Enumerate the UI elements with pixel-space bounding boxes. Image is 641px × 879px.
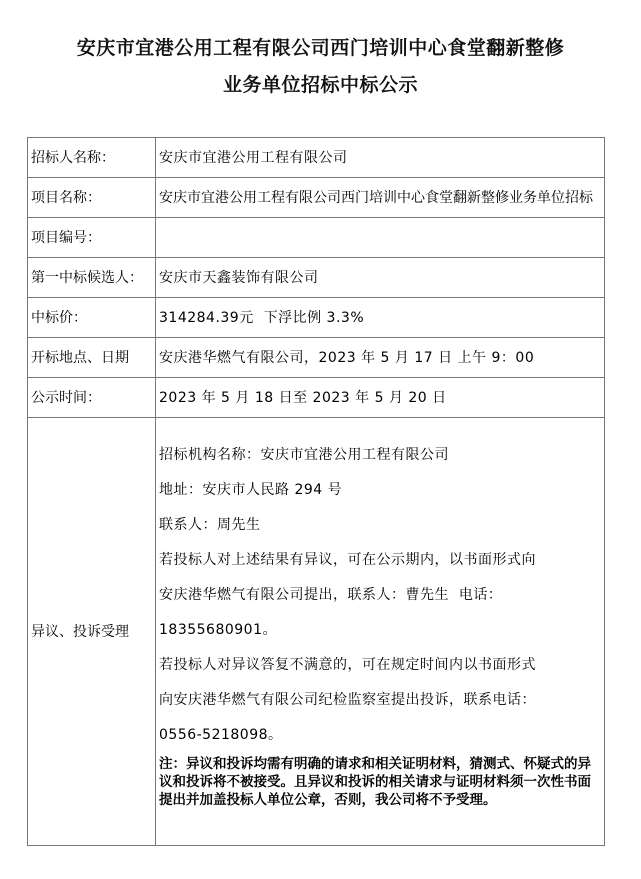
- row-value: 2023 年 5 月 18 日至 2023 年 5 月 20 日: [156, 378, 605, 418]
- row-label: 招标人名称：: [28, 138, 156, 178]
- table-row: 第一中标候选人： 安庆市天鑫装饰有限公司: [28, 258, 605, 298]
- row-value: 314284.39元 下浮比例 3.3%: [156, 298, 605, 338]
- row-label: 开标地点、日期: [28, 338, 156, 378]
- row-label: 项目编号：: [28, 218, 156, 258]
- table-row: 招标人名称： 安庆市宜港公用工程有限公司: [28, 138, 605, 178]
- table-row: 开标地点、日期 安庆港华燃气有限公司，2023 年 5 月 17 日 上午 9：…: [28, 338, 605, 378]
- complaint-phone: 0556-5218098。: [159, 718, 604, 753]
- agency-name: 招标机构名称：安庆市宜港公用工程有限公司: [159, 438, 604, 473]
- objection-text: 若投标人对上述结果有异议，可在公示期内，以书面形式向: [159, 543, 604, 578]
- page-title-line1: 安庆市宜港公用工程有限公司西门培训中心食堂翻新整修: [0, 33, 641, 60]
- row-label: 项目名称：: [28, 178, 156, 218]
- table-row: 项目名称： 安庆市宜港公用工程有限公司西门培训中心食堂翻新整修业务单位招标: [28, 178, 605, 218]
- table-row-objection: 异议、投诉受理 招标机构名称：安庆市宜港公用工程有限公司 地址：安庆市人民路 2…: [28, 418, 605, 846]
- row-label: 第一中标候选人：: [28, 258, 156, 298]
- page-title-line2: 业务单位招标中标公示: [0, 70, 641, 97]
- table-row: 公示时间： 2023 年 5 月 18 日至 2023 年 5 月 20 日: [28, 378, 605, 418]
- agency-address: 地址：安庆市人民路 294 号: [159, 473, 604, 508]
- objection-details: 招标机构名称：安庆市宜港公用工程有限公司 地址：安庆市人民路 294 号 联系人…: [156, 418, 605, 846]
- table-row: 中标价： 314284.39元 下浮比例 3.3%: [28, 298, 605, 338]
- row-label: 异议、投诉受理: [28, 418, 156, 846]
- table-row: 项目编号：: [28, 218, 605, 258]
- complaint-text: 向安庆港华燃气有限公司纪检监察室提出投诉，联系电话：: [159, 683, 604, 718]
- complaint-text: 若投标人对异议答复不满意的，可在规定时间内以书面形式: [159, 648, 604, 683]
- row-value: 安庆港华燃气有限公司，2023 年 5 月 17 日 上午 9：00: [156, 338, 605, 378]
- row-label: 公示时间：: [28, 378, 156, 418]
- row-value: [156, 218, 605, 258]
- objection-phone: 18355680901。: [159, 613, 604, 648]
- objection-note: 注：异议和投诉均需有明确的请求和相关证明材料，猜测式、怀疑式的异议和投诉将不被接…: [159, 755, 604, 809]
- notice-table: 招标人名称： 安庆市宜港公用工程有限公司 项目名称： 安庆市宜港公用工程有限公司…: [27, 137, 605, 846]
- row-value: 安庆市天鑫装饰有限公司: [156, 258, 605, 298]
- agency-contact: 联系人：周先生: [159, 508, 604, 543]
- row-value: 安庆市宜港公用工程有限公司: [156, 138, 605, 178]
- objection-text: 安庆港华燃气有限公司提出，联系人：曹先生 电话：: [159, 578, 604, 613]
- row-value: 安庆市宜港公用工程有限公司西门培训中心食堂翻新整修业务单位招标: [156, 178, 605, 218]
- row-label: 中标价：: [28, 298, 156, 338]
